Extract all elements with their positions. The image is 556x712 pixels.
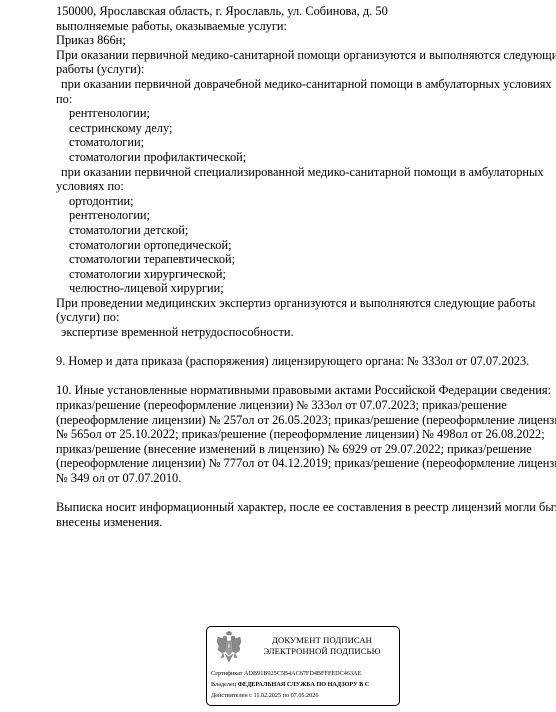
owner-value: ФЕДЕРАЛЬНАЯ СЛУЖБА ПО НАДЗОРУ В С bbox=[238, 681, 370, 688]
coat-of-arms-icon bbox=[216, 631, 242, 665]
disclaimer-line: внесены изменения. bbox=[56, 515, 556, 530]
stamp-details: Сертификат ADB91B925C5B4AC67FD4BFFFEDC46… bbox=[211, 668, 400, 701]
specialized-heading: при оказании первичной специализированно… bbox=[56, 165, 556, 180]
section-10-line: (переоформление лицензии) № 257ол от 26.… bbox=[56, 413, 556, 428]
list-item: стоматологии детской; bbox=[56, 223, 556, 238]
specialized-list: ортодонтии; рентгенологии; стоматологии … bbox=[56, 194, 556, 296]
owner-row: Владелец ФЕДЕРАЛЬНАЯ СЛУЖБА ПО НАДЗОРУ В… bbox=[211, 679, 400, 690]
list-item: стоматологии; bbox=[56, 135, 556, 150]
certificate-value: ADB91B925C5B4AC67FD4BFFFEDC463AE bbox=[244, 670, 361, 677]
section-10-line: (переоформление лицензии) № 777ол от 04.… bbox=[56, 456, 556, 471]
spacer bbox=[56, 369, 556, 384]
stamp-title-line: ДОКУМЕНТ ПОДПИСАН bbox=[247, 635, 397, 646]
list-item: челюстно-лицевой хирургии; bbox=[56, 281, 556, 296]
works-label: выполняемые работы, оказываемые услуги: bbox=[56, 19, 556, 34]
section-10: 10. Иные установленные нормативными прав… bbox=[56, 383, 556, 485]
stamp-title: ДОКУМЕНТ ПОДПИСАН ЭЛЕКТРОННОЙ ПОДПИСЬЮ bbox=[247, 635, 397, 657]
prehospital-list: рентгенологии; сестринскому делу; стомат… bbox=[56, 106, 556, 164]
section-10-line: 10. Иные установленные нормативными прав… bbox=[56, 383, 556, 398]
owner-label: Владелец bbox=[211, 681, 236, 688]
list-item: рентгенологии; bbox=[56, 208, 556, 223]
primary-care-intro-cont: работы (услуги): bbox=[56, 62, 556, 77]
list-item: стоматологии ортопедической; bbox=[56, 238, 556, 253]
disclaimer: Выписка носит информационный характер, п… bbox=[56, 500, 556, 529]
order-label: Приказ 866н; bbox=[56, 33, 556, 48]
list-item: сестринскому делу; bbox=[56, 121, 556, 136]
disclaimer-line: Выписка носит информационный характер, п… bbox=[56, 500, 556, 515]
certificate-row: Сертификат ADB91B925C5B4AC67FD4BFFFEDC46… bbox=[211, 668, 400, 679]
address-line: 150000, Ярославская область, г. Ярославл… bbox=[56, 4, 556, 19]
section-10-line: № 565ол от 25.10.2022; приказ/решение (п… bbox=[56, 427, 556, 442]
spacer bbox=[56, 486, 556, 501]
list-item: стоматологии хирургической; bbox=[56, 267, 556, 282]
list-item: ортодонтии; bbox=[56, 194, 556, 209]
expertise-intro: При проведении медицинских экспертиз орг… bbox=[56, 296, 556, 311]
expertise-intro-cont: (услуги) по: bbox=[56, 310, 556, 325]
spacer bbox=[56, 340, 556, 355]
stamp-title-line: ЭЛЕКТРОННОЙ ПОДПИСЬЮ bbox=[247, 646, 397, 657]
list-item: экспертизе временной нетрудоспособности. bbox=[56, 325, 556, 340]
primary-care-intro: При оказании первичной медико-санитарной… bbox=[56, 48, 556, 63]
specialized-heading-cont: условиях по: bbox=[56, 179, 556, 194]
list-item: рентгенологии; bbox=[56, 106, 556, 121]
section-10-line: приказ/решение (переоформление лицензии)… bbox=[56, 398, 556, 413]
list-item: стоматологии терапевтической; bbox=[56, 252, 556, 267]
section-9: 9. Номер и дата приказа (распоряжения) л… bbox=[56, 354, 556, 369]
section-10-line: приказ/решение (внесение изменений в лиц… bbox=[56, 442, 556, 457]
license-extract-page: 150000, Ярославская область, г. Ярославл… bbox=[56, 4, 556, 529]
certificate-label: Сертификат bbox=[211, 670, 243, 677]
prehospital-heading-cont: по: bbox=[56, 92, 556, 107]
prehospital-heading: при оказании первичной доврачебной медик… bbox=[56, 77, 556, 92]
section-10-line: № 349 ол от 07.07.2010. bbox=[56, 471, 556, 486]
electronic-signature-stamp: ДОКУМЕНТ ПОДПИСАН ЭЛЕКТРОННОЙ ПОДПИСЬЮ С… bbox=[206, 626, 400, 706]
list-item: стоматологии профилактической; bbox=[56, 150, 556, 165]
validity-row: Действителен с 11.02.2025 по 07.05.2026 bbox=[211, 690, 400, 701]
